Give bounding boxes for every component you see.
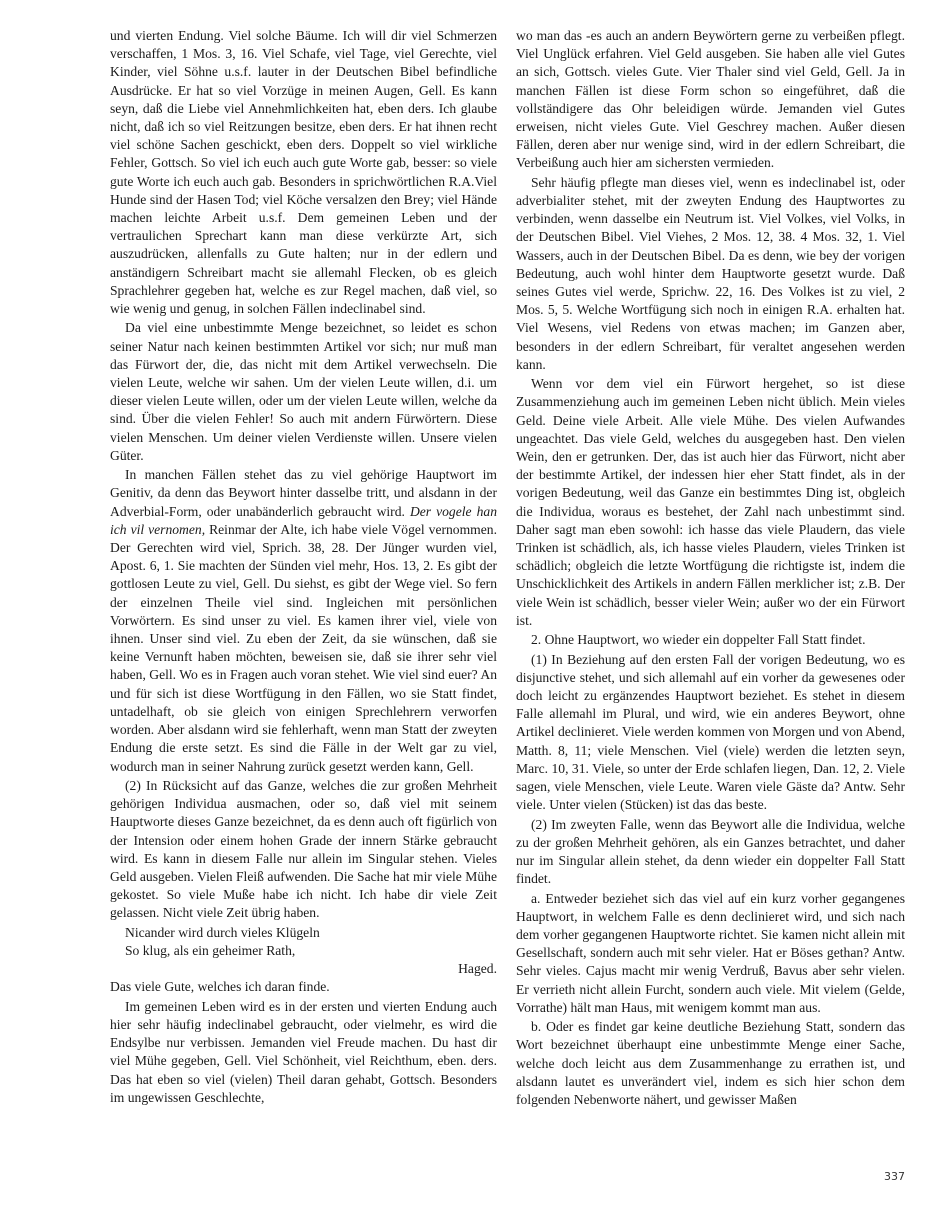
quotation-attribution: Haged. xyxy=(110,960,497,978)
paragraph: a. Entweder beziehet sich das viel auf e… xyxy=(516,890,905,1017)
paragraph: Da viel eine unbestimmte Menge bezeichne… xyxy=(110,319,497,465)
verse-line: Nicander wird durch vieles Klügeln xyxy=(110,924,497,942)
paragraph: b. Oder es findet gar keine deutliche Be… xyxy=(516,1018,905,1109)
paragraph-text: Reinmar der Alte, ich habe viele Vögel v… xyxy=(110,522,497,774)
paragraph: Wenn vor dem viel ein Fürwort hergehet, … xyxy=(516,375,905,630)
paragraph: 2. Ohne Hauptwort, wo wieder ein doppelt… xyxy=(516,631,905,649)
page-number: 337 xyxy=(884,1170,905,1183)
document-page: und vierten Endung. Viel solche Bäume. I… xyxy=(0,0,935,1210)
paragraph: Im gemeinen Leben wird es in der ersten … xyxy=(110,998,497,1107)
verse-line: So klug, als ein geheimer Rath, xyxy=(110,942,497,960)
paragraph: wo man das -es auch an andern Beywörtern… xyxy=(516,27,905,173)
verse-quotation: Nicander wird durch vieles Klügeln So kl… xyxy=(110,924,497,960)
paragraph: (2) In Rücksicht auf das Ganze, welches … xyxy=(110,777,497,923)
text-column-right: wo man das -es auch an andern Beywörtern… xyxy=(516,27,905,1110)
paragraph: (1) In Beziehung auf den ersten Fall der… xyxy=(516,651,905,815)
paragraph: Das viele Gute, welches ich daran finde. xyxy=(110,978,497,996)
paragraph: (2) Im zweyten Falle, wenn das Beywort a… xyxy=(516,816,905,889)
paragraph: und vierten Endung. Viel solche Bäume. I… xyxy=(110,27,497,318)
text-column-left: und vierten Endung. Viel solche Bäume. I… xyxy=(110,27,497,1108)
paragraph: Sehr häufig pflegte man dieses viel, wen… xyxy=(516,174,905,374)
paragraph: In manchen Fällen stehet das zu viel geh… xyxy=(110,466,497,775)
